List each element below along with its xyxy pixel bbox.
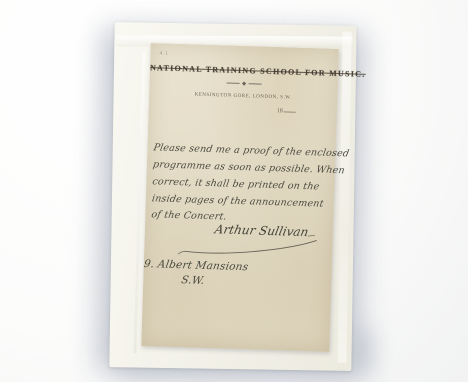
- handwritten-line: Please send me a proof of the enclosed: [153, 142, 351, 159]
- printed-date-line: 18: [277, 108, 296, 115]
- sleeve-highlight: [337, 32, 351, 363]
- handwritten-address-line: 9. Albert Mansions: [143, 258, 249, 273]
- date-prefix: 18: [277, 108, 283, 114]
- letterhead-address: KENSINGTON GORE, LONDON, S.W.: [149, 91, 337, 102]
- handwritten-line: of the Concert.: [150, 209, 227, 222]
- handwritten-address-line: S.W.: [180, 274, 205, 287]
- photograph-of-letter: 4.1 NATIONAL TRAINING SCHOOL FOR MUSIC. …: [0, 0, 468, 382]
- pencil-lot-mark: 4.1: [159, 51, 168, 56]
- signature-arthur-sullivan: Arthur Sullivan: [214, 222, 310, 239]
- letter-paper: 4.1 NATIONAL TRAINING SCHOOL FOR MUSIC. …: [141, 43, 338, 352]
- ornament-line: [248, 83, 261, 84]
- handwritten-line: correct, it shall be printed on the: [152, 176, 321, 192]
- ornament-divider: [150, 79, 338, 88]
- letterhead-title: NATIONAL TRAINING SCHOOL FOR MUSIC.: [150, 63, 338, 78]
- date-blank-rule: [284, 110, 296, 112]
- handwritten-line: inside pages of the announcement: [151, 193, 325, 209]
- ornament-line: [226, 83, 239, 84]
- handwritten-line: programme as soon as possible. When: [152, 159, 346, 176]
- ornament-diamond-icon: [241, 81, 245, 85]
